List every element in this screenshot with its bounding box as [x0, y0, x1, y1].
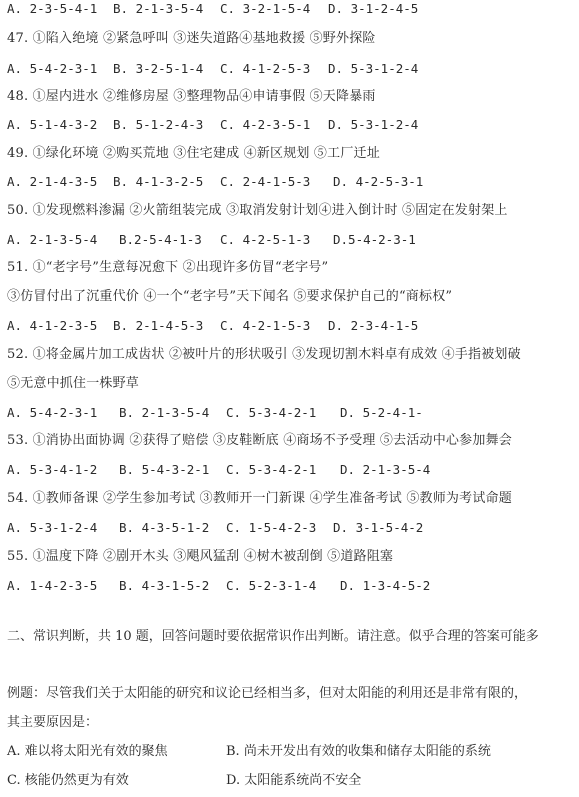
- option-c: C. 4-1-2-5-3: [220, 60, 310, 78]
- question-54-stem: 54. ①教师备课 ②学生参加考试 ③教师开一门新课 ④学生准备考试 ⑤教师为考…: [7, 490, 512, 508]
- question-47-stem: 47. ①陷入绝境 ②紧急呼叫 ③迷失道路④基地救援 ⑤野外探险: [7, 30, 376, 48]
- example-text-line-2: 其主要原因是：: [7, 714, 98, 732]
- option-d: D.5-4-2-3-1: [333, 231, 416, 249]
- option-d: D. 5-2-4-1-: [340, 404, 423, 422]
- option-a: A. 5-4-2-3-1: [7, 60, 97, 78]
- option-a: A. 2-1-3-5-4: [7, 231, 97, 249]
- option-b: B. 5-1-2-4-3: [113, 116, 203, 134]
- option-c: C. 3-2-1-5-4: [220, 0, 310, 18]
- question-50-stem: 50. ①发现燃料渗漏 ②火箭组装完成 ③取消发射计划④进入倒计时 ⑤固定在发射…: [7, 202, 508, 220]
- example-option-a: A. 难以将太阳光有效的聚焦: [7, 743, 168, 761]
- option-d: D. 3-1-5-4-2: [333, 519, 423, 537]
- option-a: A. 5-4-2-3-1: [7, 404, 97, 422]
- q46-options: A. 2-3-5-4-1 B. 2-1-3-5-4 C. 3-2-1-5-4 D…: [0, 0, 579, 18]
- option-b: B. 3-2-5-1-4: [113, 60, 203, 78]
- section-2-heading: 二、常识判断，共 10 题，回答问题时要依据常识作出判断。请注意。似乎合理的答案…: [7, 628, 539, 646]
- option-a: A. 2-3-5-4-1: [7, 0, 97, 18]
- question-55-options: A. 1-4-2-3-5 B. 4-3-1-5-2 C. 5-2-3-1-4 D…: [0, 577, 579, 595]
- question-51-stem-cont: ③仿冒付出了沉重代价 ④一个“老字号”天下闻名 ⑤要求保护自己的“商标权”: [7, 288, 452, 306]
- question-52-stem-cont: ⑤无意中抓住一株野草: [7, 375, 139, 393]
- option-d: D. 5-3-1-2-4: [328, 60, 418, 78]
- option-a: A. 5-3-1-2-4: [7, 519, 97, 537]
- option-a: A. 5-3-4-1-2: [7, 461, 97, 479]
- question-51-options: A. 4-1-2-3-5 B. 2-1-4-5-3 C. 4-2-1-5-3 D…: [0, 317, 579, 335]
- option-c: C. 4-2-1-5-3: [220, 317, 310, 335]
- option-c: C. 4-2-3-5-1: [220, 116, 310, 134]
- example-option-d: D. 太阳能系统尚不安全: [226, 772, 361, 790]
- option-a: A. 5-1-4-3-2: [7, 116, 97, 134]
- question-52-stem: 52. ①将金属片加工成齿状 ②被叶片的形状吸引 ③发现切割木料卓有成效 ④手指…: [7, 346, 521, 364]
- option-c: C. 1-5-4-2-3: [226, 519, 316, 537]
- option-d: D. 2-3-4-1-5: [328, 317, 418, 335]
- option-a: A. 2-1-4-3-5: [7, 173, 97, 191]
- option-b: B. 4-3-1-5-2: [119, 577, 209, 595]
- option-d: D. 1-3-4-5-2: [340, 577, 430, 595]
- question-48-options: A. 5-1-4-3-2 B. 5-1-2-4-3 C. 4-2-3-5-1 D…: [0, 116, 579, 134]
- option-c: C. 5-3-4-2-1: [226, 461, 316, 479]
- question-50-options: A. 2-1-3-5-4 B.2-5-4-1-3 C. 4-2-5-1-3 D.…: [0, 231, 579, 249]
- option-c: C. 2-4-1-5-3: [220, 173, 310, 191]
- option-b: B. 2-1-3-5-4: [119, 404, 209, 422]
- option-c: C. 4-2-5-1-3: [220, 231, 310, 249]
- question-47-options: A. 5-4-2-3-1 B. 3-2-5-1-4 C. 4-1-2-5-3 D…: [0, 60, 579, 78]
- question-52-options: A. 5-4-2-3-1 B. 2-1-3-5-4 C. 5-3-4-2-1 D…: [0, 404, 579, 422]
- question-53-options: A. 5-3-4-1-2 B. 5-4-3-2-1 C. 5-3-4-2-1 D…: [0, 461, 579, 479]
- option-b: B. 4-3-5-1-2: [119, 519, 209, 537]
- option-a: A. 1-4-2-3-5: [7, 577, 97, 595]
- option-b: B. 4-1-3-2-5: [113, 173, 203, 191]
- option-c: C. 5-3-4-2-1: [226, 404, 316, 422]
- option-c: C. 5-2-3-1-4: [226, 577, 316, 595]
- option-a: A. 4-1-2-3-5: [7, 317, 97, 335]
- example-option-c: C. 核能仍然更为有效: [7, 772, 129, 790]
- question-55-stem: 55. ①温度下降 ②剧开木头 ③飓风猛刮 ④树木被刮倒 ⑤道路阻塞: [7, 548, 393, 566]
- question-49-stem: 49. ①绿化环境 ②购买荒地 ③住宅建成 ④新区规划 ⑤工厂迁址: [7, 145, 380, 163]
- question-51-stem: 51. ①“老字号”生意每况愈下 ②出现许多仿冒“老字号”: [7, 259, 328, 277]
- question-49-options: A. 2-1-4-3-5 B. 4-1-3-2-5 C. 2-4-1-5-3 D…: [0, 173, 579, 191]
- example-option-b: B. 尚未开发出有效的收集和储存太阳能的系统: [226, 743, 491, 761]
- question-54-options: A. 5-3-1-2-4 B. 4-3-5-1-2 C. 1-5-4-2-3 D…: [0, 519, 579, 537]
- option-b: B. 2-1-4-5-3: [113, 317, 203, 335]
- question-53-stem: 53. ①消协出面协调 ②获得了赔偿 ③皮鞋断底 ④商场不予受理 ⑤去活动中心参…: [7, 432, 512, 450]
- option-d: D. 4-2-5-3-1: [333, 173, 423, 191]
- option-b: B. 5-4-3-2-1: [119, 461, 209, 479]
- option-b: B.2-5-4-1-3: [119, 231, 202, 249]
- question-48-stem: 48. ①屋内进水 ②维修房屋 ③整理物品④申请事假 ⑤天降暴雨: [7, 88, 376, 106]
- option-d: D. 5-3-1-2-4: [328, 116, 418, 134]
- option-b: B. 2-1-3-5-4: [113, 0, 203, 18]
- option-d: D. 3-1-2-4-5: [328, 0, 418, 18]
- example-text-line-1: 例题：尽管我们关于太阳能的研究和议论已经相当多，但对太阳能的利用还是非常有限的，: [7, 685, 527, 703]
- option-d: D. 2-1-3-5-4: [340, 461, 430, 479]
